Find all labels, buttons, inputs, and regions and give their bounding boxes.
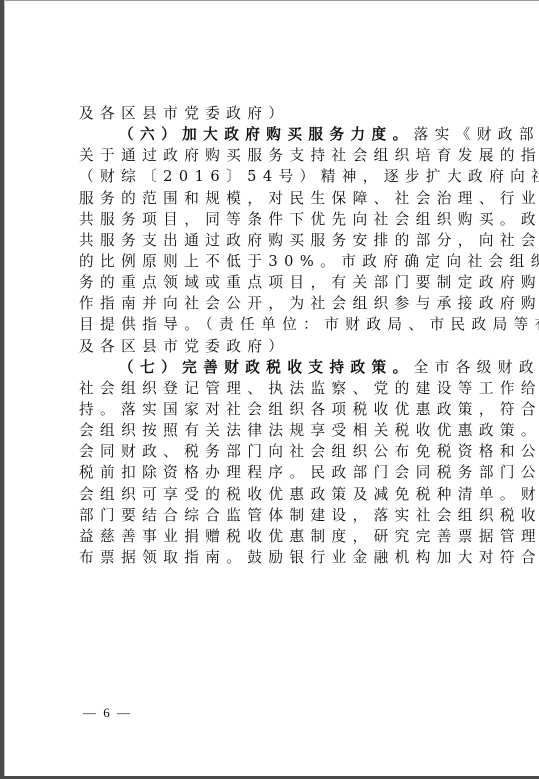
text-line-continuation: 落实《财政部、民政部 — [414, 126, 539, 143]
page-number: — 6 — — [83, 705, 132, 721]
text-line: 部门要结合综合监管体制建设，落实社会组织税收政策和公 — [79, 505, 489, 526]
text-line: 持。落实国家对社会组织各项税收优惠政策，符合条件的社 — [79, 399, 489, 420]
document-body: 及各区县市党委政府） （六）加大政府购买服务力度。落实《财政部、民政部 关于通过… — [79, 103, 489, 568]
section-heading-line: （七）完善财政税收支持政策。全市各级财政要对开展 — [79, 357, 489, 378]
text-line: 税前扣除资格办理程序。民政部门会同税务部门公布我市社 — [79, 462, 489, 483]
text-line: 目提供指导。（责任单位：市财政局、市民政局等有关部门 — [79, 314, 489, 335]
text-line: 共服务项目，同等条件下优先向社会组织购买。政府新增公 — [79, 209, 489, 230]
text-line: （财综〔2016〕54号）精神，逐步扩大政府向社会组织购买 — [79, 166, 489, 187]
text-line: 的比例原则上不低于30%。市政府确定向社会组织购买服 — [79, 251, 489, 272]
text-line: 及各区县市党委政府） — [79, 336, 489, 357]
text-line: 服务的范围和规模，对民生保障、社会治理、行业管理等公 — [79, 188, 489, 209]
section-heading-6: （六）加大政府购买服务力度。 — [119, 126, 414, 143]
text-line: 会组织可享受的税收优惠政策及减免税种清单。财政、税务 — [79, 484, 489, 505]
section-heading-7: （七）完善财政税收支持政策。 — [119, 359, 414, 376]
text-line: 社会组织登记管理、执法监察、党的建设等工作给予适当支 — [79, 378, 489, 399]
text-line: 布票据领取指南。鼓励银行业金融机构加大对符合条件的社 — [79, 547, 489, 568]
text-line: 关于通过政府购买服务支持社会组织培育发展的指导意见》 — [79, 145, 489, 166]
text-line-continuation: 全市各级财政要对开展 — [414, 359, 539, 376]
text-line: 务的重点领域或重点项目，有关部门要制定政府购买服务操 — [79, 272, 489, 293]
section-heading-line: （六）加大政府购买服务力度。落实《财政部、民政部 — [79, 124, 489, 145]
text-line: 作指南并向社会公开，为社会组织参与承接政府购买服务项 — [79, 293, 489, 314]
text-line: 共服务支出通过政府购买服务安排的部分，向社会组织购买 — [79, 230, 489, 251]
text-line: 益慈善事业捐赠税收优惠制度，研究完善票据管理制度，公 — [79, 526, 489, 547]
text-line: 会同财政、税务部门向社会组织公布免税资格和公益性捐赠 — [79, 441, 489, 462]
text-line: 会组织按照有关法律法规享受相关税收优惠政策。民政部门 — [79, 420, 489, 441]
text-line: 及各区县市党委政府） — [79, 103, 489, 124]
